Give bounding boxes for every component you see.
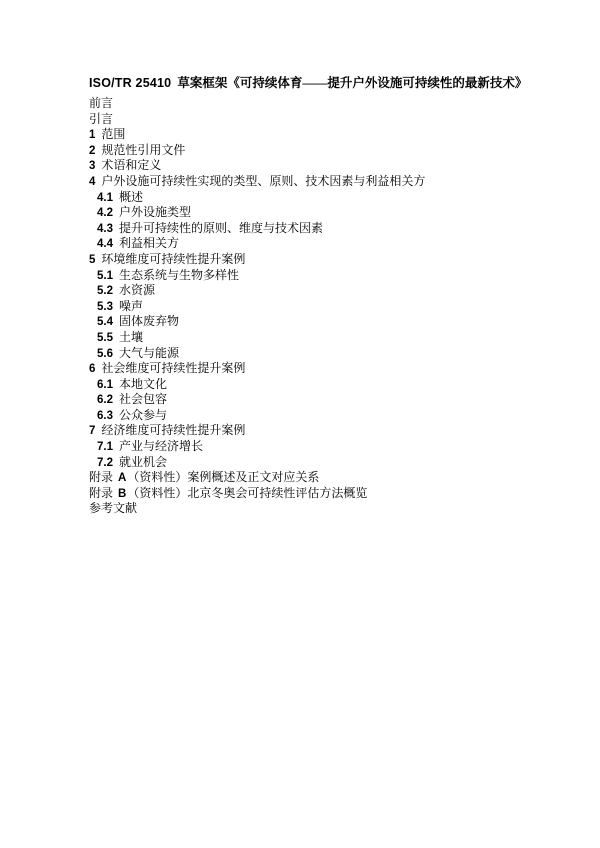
table-of-contents: 前言引言1范围2规范性引用文件3术语和定义4户外设施可持续性实现的类型、原则、技… [89,96,579,517]
toc-item-label: 户外设施类型 [119,205,191,219]
document-content: ISO/TR 25410草案框架《可持续体育——提升户外设施可持续性的最新技术》… [89,76,579,517]
toc-item: 4.1概述 [89,190,579,206]
toc-item: 5.1生态系统与生物多样性 [89,268,579,284]
toc-item: 5.2水资源 [89,283,579,299]
toc-item-label: 固体废弃物 [119,314,179,328]
toc-item-label: 引言 [89,112,113,126]
toc-item-number: 6.2 [97,394,113,406]
toc-item: 7经济维度可持续性提升案例 [89,423,579,439]
toc-item-number: 7.1 [97,441,113,453]
toc-item: 7.2就业机会 [89,455,579,471]
toc-item: 5环境维度可持续性提升案例 [89,252,579,268]
toc-item-label: 就业机会 [119,455,167,469]
toc-item: 前言 [89,96,579,112]
toc-item-number: 7 [89,425,95,437]
toc-item-label: 大气与能源 [119,346,179,360]
toc-item-label: 术语和定义 [101,158,161,172]
toc-item-number: 5.6 [97,348,113,360]
toc-item-label: 范围 [101,127,125,141]
toc-item-number: 2 [89,145,95,157]
toc-item: 6社会维度可持续性提升案例 [89,361,579,377]
toc-item: 4.3提升可持续性的原则、维度与技术因素 [89,221,579,237]
toc-item: 5.6大气与能源 [89,346,579,362]
toc-item-label: （资料性）北京冬奥会可持续性评估方法概览 [127,486,367,500]
toc-item-number: 5.3 [97,301,113,313]
toc-item: 6.1本地文化 [89,377,579,393]
toc-item-number: 3 [89,160,95,172]
toc-item-label: 经济维度可持续性提升案例 [101,423,245,437]
toc-item-label: 产业与经济增长 [119,439,203,453]
toc-item-number: 4.2 [97,207,113,219]
document-title: ISO/TR 25410草案框架《可持续体育——提升户外设施可持续性的最新技术》 [89,76,579,91]
toc-item: 3术语和定义 [89,158,579,174]
toc-item: 6.3公众参与 [89,408,579,424]
toc-item-number: 5.5 [97,332,113,344]
toc-item-label: 利益相关方 [119,236,179,250]
document-title-text: 草案框架《可持续体育——提升户外设施可持续性的最新技术》 [177,76,527,90]
toc-item-number: 7.2 [97,457,113,469]
toc-item-number: 6 [89,363,95,375]
toc-item-number: 5.4 [97,316,113,328]
toc-item: 附录B（资料性）北京冬奥会可持续性评估方法概览 [89,486,579,502]
toc-item-number: 4 [89,176,95,188]
toc-item-label: 公众参与 [119,408,167,422]
toc-item-label: 规范性引用文件 [101,143,185,157]
toc-item-label: 噪声 [119,299,143,313]
toc-item-label: 环境维度可持续性提升案例 [101,252,245,266]
toc-item-label: 生态系统与生物多样性 [119,268,239,282]
toc-item-label: 社会包容 [119,392,167,406]
toc-item-label: 参考文献 [89,501,137,515]
toc-item-number: 5 [89,254,95,266]
toc-item-label: 提升可持续性的原则、维度与技术因素 [119,221,323,235]
document-title-code: ISO/TR 25410 [89,76,171,90]
toc-item: 4.4利益相关方 [89,236,579,252]
toc-item-label: 土壤 [119,330,143,344]
toc-item: 7.1产业与经济增长 [89,439,579,455]
toc-item: 6.2社会包容 [89,392,579,408]
toc-item-number: 5.1 [97,270,113,282]
toc-item-number: 4.4 [97,238,113,250]
toc-item-label: 概述 [119,190,143,204]
toc-item-number: 6.1 [97,379,113,391]
toc-item-label: 前言 [89,96,113,110]
toc-item: 5.4固体废弃物 [89,314,579,330]
toc-item-number: 5.2 [97,285,113,297]
toc-item: 2规范性引用文件 [89,143,579,159]
toc-item: 附录A（资料性）案例概述及正文对应关系 [89,470,579,486]
toc-item: 4.2户外设施类型 [89,205,579,221]
toc-item: 参考文献 [89,501,579,517]
toc-item-label: 户外设施可持续性实现的类型、原则、技术因素与利益相关方 [101,174,425,188]
toc-item: 引言 [89,112,579,128]
toc-item-number: B [118,488,126,500]
toc-item-label: 本地文化 [119,377,167,391]
toc-item-number: 1 [89,129,95,141]
toc-item: 5.3噪声 [89,299,579,315]
document-page: ISO/TR 25410草案框架《可持续体育——提升户外设施可持续性的最新技术》… [0,0,600,848]
toc-item-prefix: 附录 [89,470,113,484]
toc-item-label: 水资源 [119,283,155,297]
toc-item-label: 社会维度可持续性提升案例 [101,361,245,375]
toc-item-number: A [118,472,126,484]
toc-item-number: 4.3 [97,223,113,235]
toc-item-number: 6.3 [97,410,113,422]
toc-item-number: 4.1 [97,192,113,204]
toc-item: 5.5土壤 [89,330,579,346]
toc-item-prefix: 附录 [89,486,113,500]
toc-item-label: （资料性）案例概述及正文对应关系 [127,470,319,484]
toc-item: 4户外设施可持续性实现的类型、原则、技术因素与利益相关方 [89,174,579,190]
toc-item: 1范围 [89,127,579,143]
